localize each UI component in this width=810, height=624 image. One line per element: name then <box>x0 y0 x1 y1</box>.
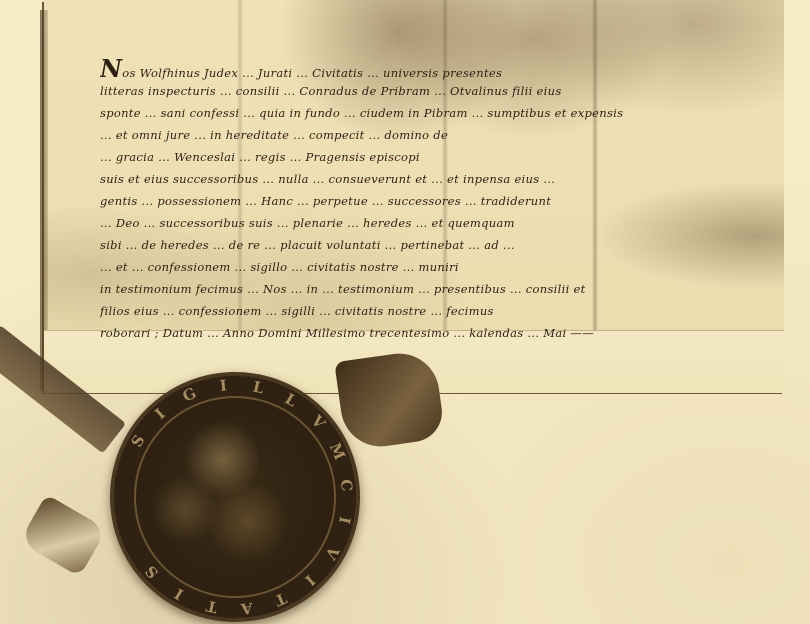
seal-legend-letter: I <box>335 515 354 526</box>
text-line: Nos Wolfhinus Judex ... Jurati ... Civit… <box>100 58 760 80</box>
seal-legend-letter: C <box>337 478 356 492</box>
text-line: litteras inspecturis ... consilii ... Co… <box>100 80 760 102</box>
seal-legend-letter: I <box>171 584 186 603</box>
text-line: ... gracia ... Wenceslai ... regis ... P… <box>100 146 760 168</box>
text-line: in testimonium fecimus ... Nos ... in ..… <box>100 278 760 300</box>
seal-legend-letter: L <box>282 390 300 411</box>
parchment-charter: Nos Wolfhinus Judex ... Jurati ... Civit… <box>44 0 784 392</box>
text-line: sponte ... sani confessi ... quia in fun… <box>100 102 760 124</box>
text-line: ... Deo ... successoribus suis ... plena… <box>100 212 760 234</box>
seal-legend: SIGILLVMCIVITATIS <box>110 372 360 622</box>
text-line: suis et eius successoribus ... nulla ...… <box>100 168 760 190</box>
seal-legend-letter: T <box>204 597 219 617</box>
seal-legend-letter: S <box>141 562 162 582</box>
seal-legend-letter: G <box>180 384 199 406</box>
seal-legend-letter: I <box>301 571 318 589</box>
text-line: sibi ... de heredes ... de re ... placui… <box>100 234 760 256</box>
seal-legend-letter: I <box>151 405 168 423</box>
seal-legend-letter: I <box>219 376 228 395</box>
seal-legend-letter: L <box>251 378 265 398</box>
seal-legend-letter: A <box>240 599 253 618</box>
text-line: ... et ... confessionem ... sigillo ... … <box>100 256 760 278</box>
wax-seal: SIGILLVMCIVITATIS <box>110 372 360 622</box>
text-line: roborari ; Datum ... Anno Domini Millesi… <box>100 322 760 344</box>
text-line: filios eius ... confessionem ... sigilli… <box>100 300 760 322</box>
seal-legend-letter: V <box>321 543 342 562</box>
seal-legend-letter: M <box>326 440 349 462</box>
seal-legend-letter: T <box>272 589 290 610</box>
seal-legend-letter: V <box>308 412 329 433</box>
text-line: gentis ... possessionem ... Hanc ... per… <box>100 190 760 212</box>
manuscript-text: Nos Wolfhinus Judex ... Jurati ... Civit… <box>100 58 760 344</box>
text-line: ... et omni jure ... in hereditate ... c… <box>100 124 760 146</box>
seal-legend-letter: S <box>127 432 148 450</box>
